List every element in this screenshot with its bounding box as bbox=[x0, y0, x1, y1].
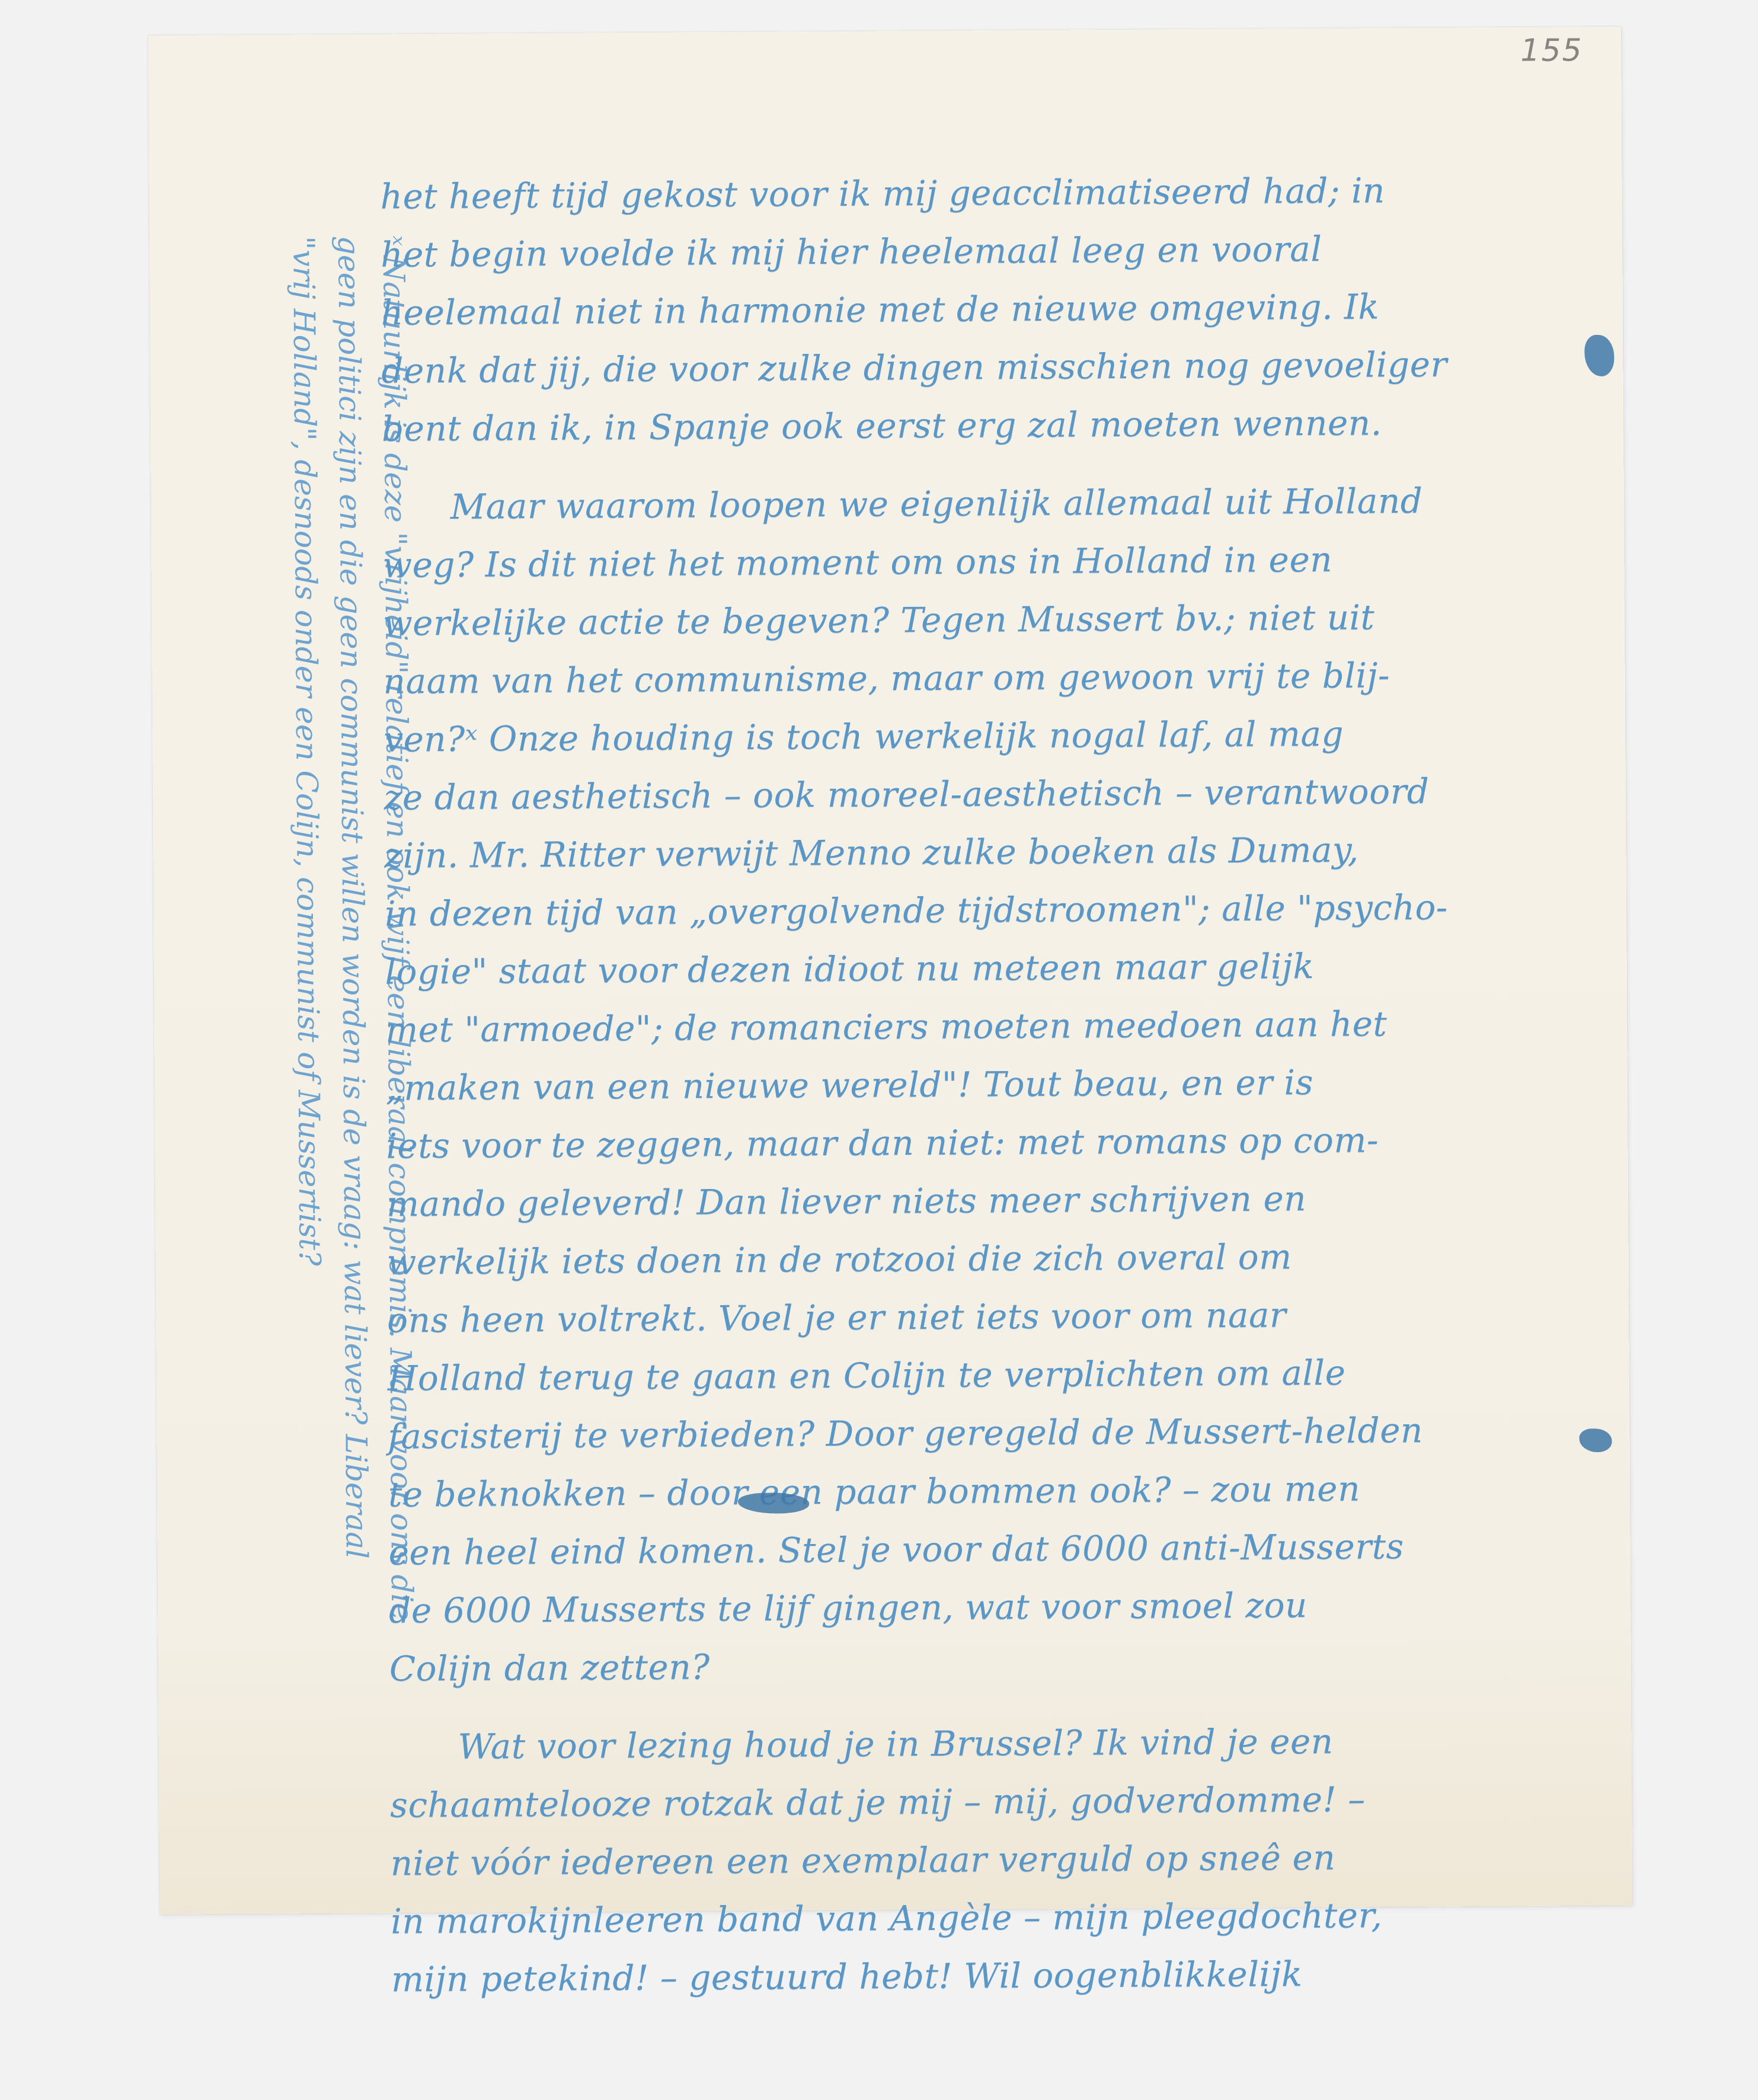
text-line: met "armoede"; de romanciers moeten meed… bbox=[385, 993, 1631, 1059]
text-line: het begin voelde ik mij hier heelemaal l… bbox=[381, 218, 1626, 284]
paragraph-start-line: Wat voor lezing houd je in Brussel? Ik v… bbox=[389, 1711, 1635, 1776]
text-line: ven?ˣ Onze houding is toch werkelijk nog… bbox=[383, 703, 1629, 769]
text-line: niet vóór iedereen een exemplaar verguld… bbox=[391, 1827, 1636, 1893]
text-line: de 6000 Musserts te lijf gingen, wat voo… bbox=[389, 1574, 1634, 1640]
text-line: weg? Is dit niet het moment om ons in Ho… bbox=[382, 529, 1628, 594]
text-line: werkelijke actie te begeven? Tegen Musse… bbox=[383, 587, 1628, 653]
text-line: mijn petekind! – gestuurd hebt! Wil ooge… bbox=[391, 1943, 1636, 2009]
text-line: mando geleverd! Dan liever niets meer sc… bbox=[386, 1168, 1632, 1233]
text-line: bent dan ik, in Spanje ook eerst erg zal… bbox=[382, 392, 1627, 458]
text-line: ons heen voltrekt. Voel je er niet iets … bbox=[387, 1284, 1632, 1350]
text-line: in marokijnleeren band van Angèle – mijn… bbox=[391, 1885, 1636, 1951]
text-line: fascisterij te verbieden? Door geregeld … bbox=[388, 1400, 1633, 1466]
page-number: 155 bbox=[1520, 33, 1583, 69]
paragraph-start-line: Maar waarom loopen we eigenlijk allemaal… bbox=[382, 471, 1628, 536]
text-line: werkelijk iets doen in de rotzooi die zi… bbox=[386, 1226, 1632, 1292]
text-line: denk dat jij, die voor zulke dingen miss… bbox=[381, 334, 1626, 400]
text-line: ze dan aesthetisch – ook moreel-aestheti… bbox=[384, 761, 1629, 827]
text-line: zijn. Mr. Ritter verwijt Menno zulke boe… bbox=[384, 819, 1629, 885]
text-line: heelemaal niet in harmonie met de nieuwe… bbox=[381, 276, 1626, 342]
text-line: het heeft tijd gekost voor ik mij geaccl… bbox=[380, 160, 1625, 226]
letter-body: het heeft tijd gekost voor ik mij geaccl… bbox=[380, 160, 1636, 2009]
text-line: te beknokken – door een paar bommen ook?… bbox=[388, 1458, 1634, 1524]
text-line: iets voor te zeggen, maar dan niet: met … bbox=[386, 1110, 1631, 1175]
text-line: een heel eind komen. Stel je voor dat 60… bbox=[388, 1516, 1634, 1582]
text-line: „maken van een nieuwe wereld"! Tout beau… bbox=[386, 1051, 1631, 1117]
text-line: schaamtelooze rotzak dat je mij – mij, g… bbox=[390, 1769, 1635, 1834]
text-line: naam van het communisme, maar om gewoon … bbox=[383, 645, 1628, 711]
text-line: in dezen tijd van „overgolvende tijdstro… bbox=[385, 877, 1630, 943]
text-line: Colijn dan zetten? bbox=[389, 1632, 1635, 1698]
text-line: logie" staat voor dezen idioot nu meteen… bbox=[385, 935, 1630, 1001]
letter-page: 155 ˣ Natuurlijk is deze "vrijheid" rela… bbox=[148, 27, 1632, 1914]
text-line: Holland terug te gaan en Colijn te verpl… bbox=[388, 1342, 1633, 1408]
